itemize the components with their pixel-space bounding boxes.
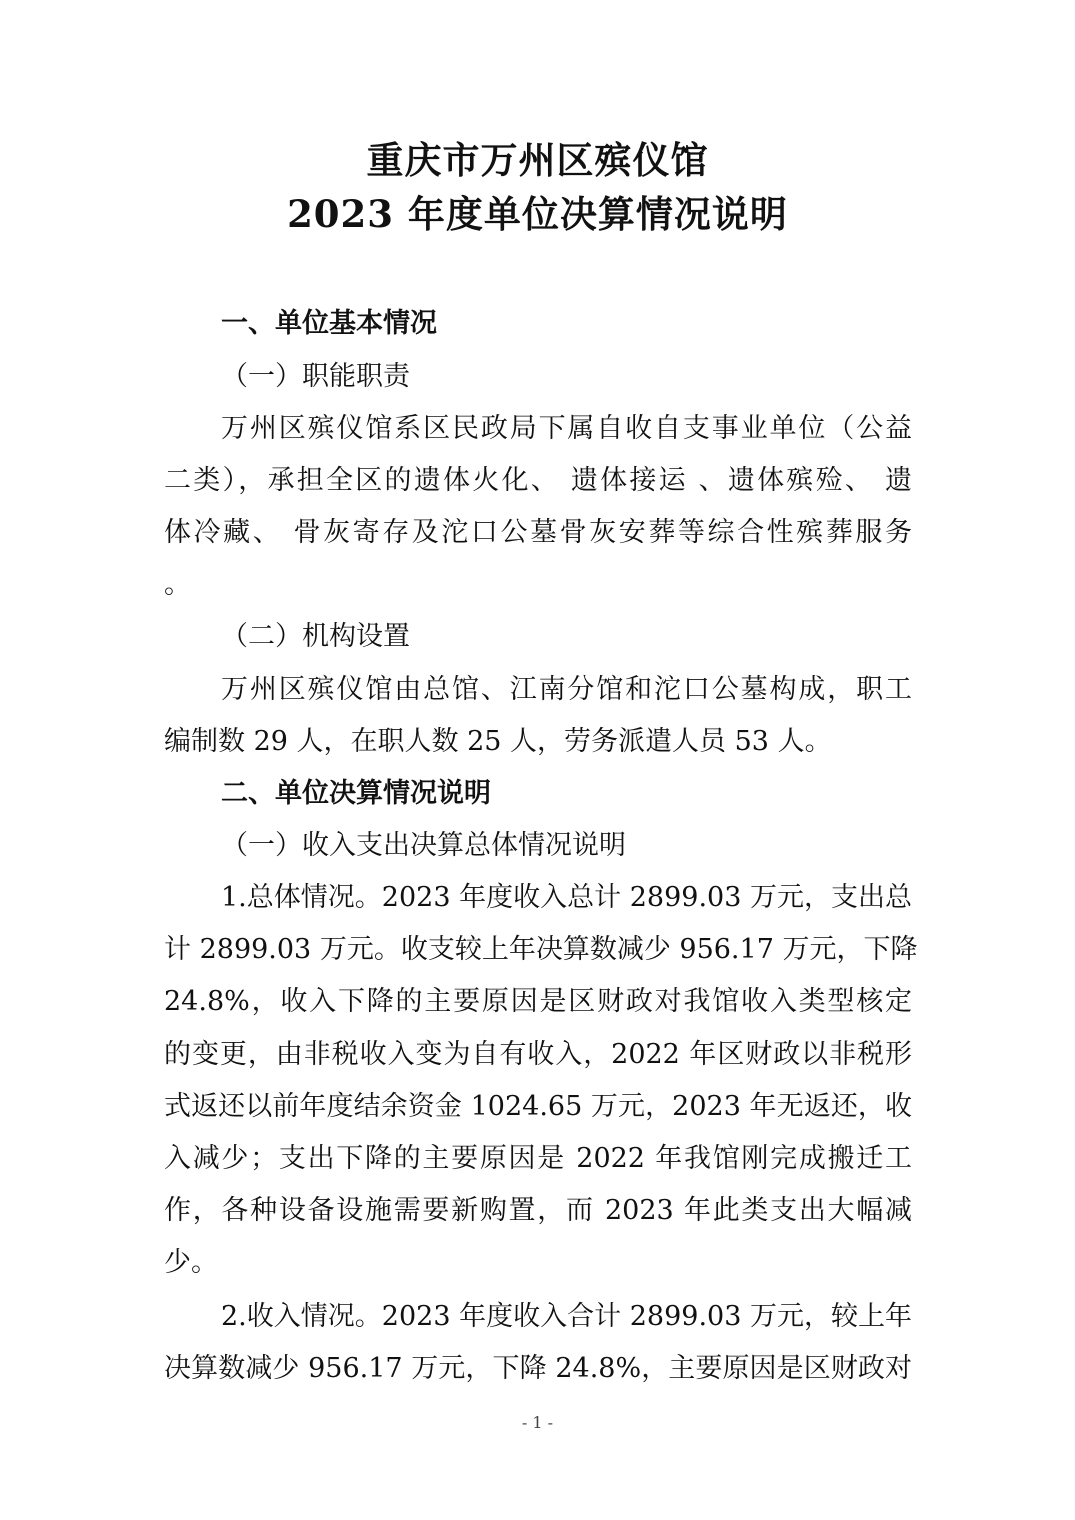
subsection-heading-organization: （二）机构设置 [221, 623, 410, 650]
subsection-heading-duties: （一）职能职责 [221, 363, 410, 390]
paragraph-line: 编制数 29 人，在职人数 25 人，劳务派遣人员 53 人。 [164, 728, 912, 755]
section-heading-basic-info: 一、单位基本情况 [221, 310, 437, 337]
subsection-heading-overall: （一）收入支出决算总体情况说明 [221, 832, 626, 859]
section-heading-final-accounts: 二、单位决算情况说明 [221, 780, 491, 807]
paragraph-line: 体冷藏、 骨灰寄存及沱口公墓骨灰安葬等综合性殡葬服务 [164, 519, 912, 546]
paragraph-line: 2.收入情况。2023 年度收入合计 2899.03 万元，较上年 [221, 1303, 912, 1330]
page-number: - 1 - [0, 1413, 1075, 1432]
paragraph-line: 的变更，由非税收入变为自有收入，2022 年区财政以非税形 [164, 1041, 912, 1068]
paragraph-line: 。 [164, 571, 912, 598]
paragraph-line: 万州区殡仪馆系区民政局下属自收自支事业单位（公益 [221, 415, 912, 442]
document-title-line-1: 重庆市万州区殡仪馆 [0, 142, 1075, 179]
paragraph-line: 1.总体情况。2023 年度收入总计 2899.03 万元，支出总 [221, 884, 912, 911]
paragraph-line: 决算数减少 956.17 万元，下降 24.8%，主要原因是区财政对 [164, 1355, 912, 1382]
paragraph-line: 作，各种设备设施需要新购置，而 2023 年此类支出大幅减 [164, 1197, 912, 1224]
document-title-line-2: 2023 年度单位决算情况说明 [0, 196, 1075, 233]
paragraph-line: 少。 [164, 1249, 912, 1276]
paragraph-line: 24.8%，收入下降的主要原因是区财政对我馆收入类型核定 [164, 988, 912, 1015]
document-page: 重庆市万州区殡仪馆 2023 年度单位决算情况说明 一、单位基本情况 （一）职能… [0, 0, 1075, 1520]
paragraph-line: 万州区殡仪馆由总馆、江南分馆和沱口公墓构成，职工 [221, 676, 912, 703]
paragraph-line: 式返还以前年度结余资金 1024.65 万元，2023 年无返还，收 [164, 1093, 912, 1120]
paragraph-line: 二类），承担全区的遗体火化、 遗体接运 、遗体殡殓、 遗 [164, 467, 912, 494]
paragraph-line: 入减少；支出下降的主要原因是 2022 年我馆刚完成搬迁工 [164, 1145, 912, 1172]
paragraph-line: 计 2899.03 万元。收支较上年决算数减少 956.17 万元，下降 [164, 936, 912, 963]
